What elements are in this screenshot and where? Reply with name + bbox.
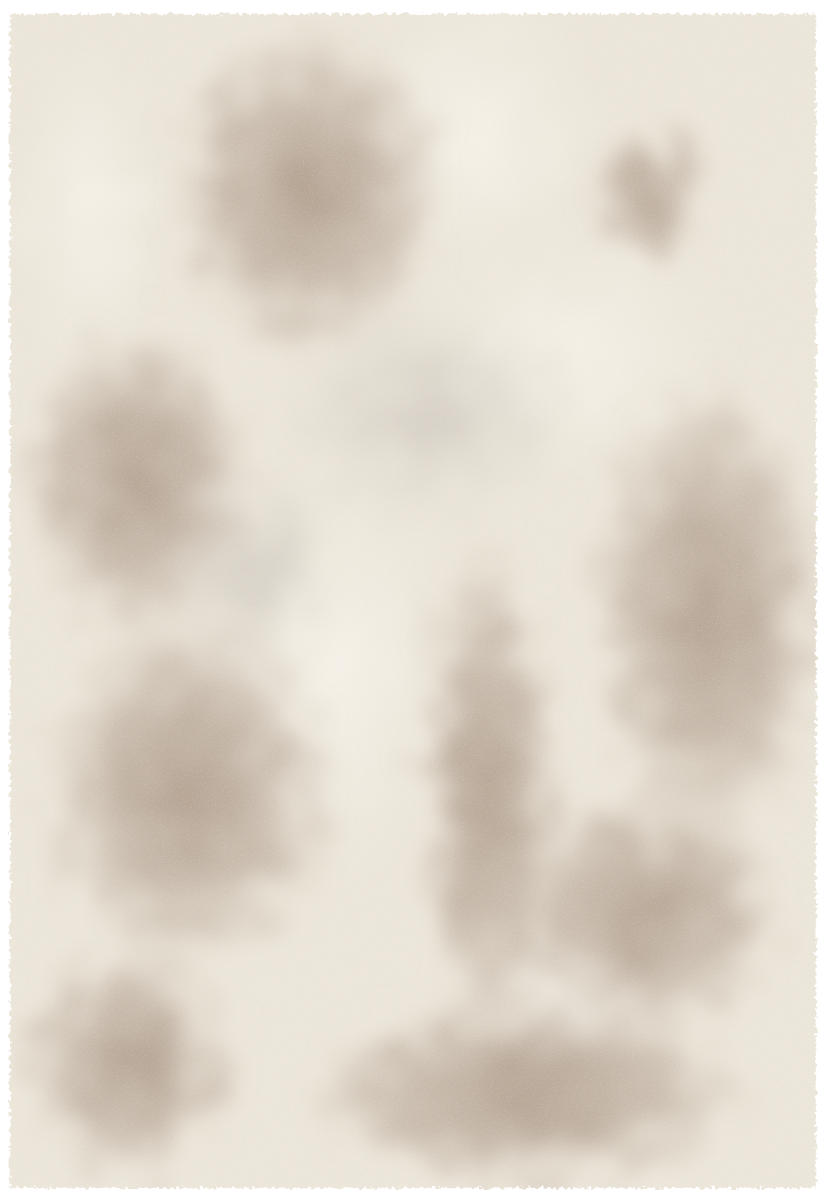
pile-speckle: [8, 12, 818, 1190]
product-photo: [0, 0, 826, 1200]
shag-rug: [8, 12, 818, 1190]
rug-texture: [8, 12, 818, 1190]
